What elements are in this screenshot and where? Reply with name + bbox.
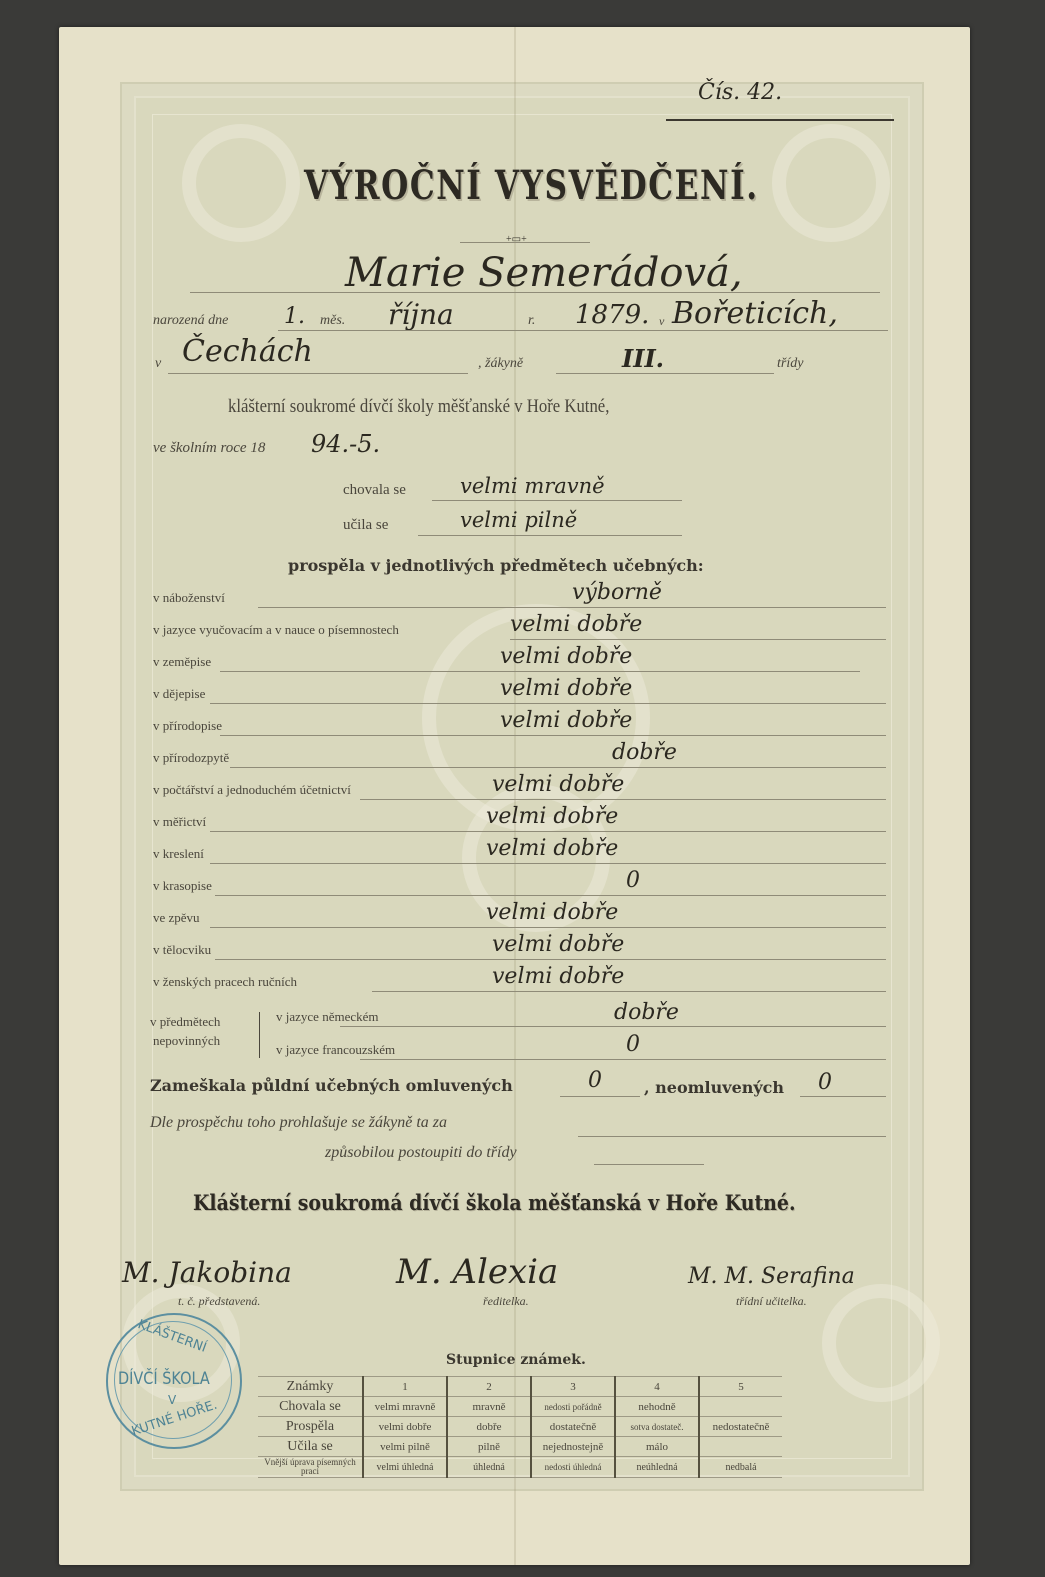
class-label: třídy	[777, 356, 803, 372]
subject-label: ve zpěvu	[153, 910, 200, 926]
subject-label: v kreslení	[153, 846, 204, 862]
subject-grade: velmi dobře	[492, 932, 624, 957]
table-cell: velmi dobře	[363, 1417, 447, 1437]
subject-grade: velmi dobře	[500, 676, 632, 701]
pupil-label: , žákyně	[478, 356, 523, 372]
name-line	[190, 292, 880, 293]
subject-label: v jazyce vyučovacím a v nauce o písemnos…	[153, 622, 399, 638]
page-title: VÝROČNÍ VYSVĚDČENÍ.	[304, 162, 759, 209]
diligence-line	[418, 535, 682, 536]
certificate-number: Čís. 42.	[698, 80, 782, 105]
signature: M. Alexia	[396, 1252, 558, 1292]
stamp-middle-text: DÍVČÍ ŠKOLA	[118, 1369, 210, 1389]
subject-line	[220, 671, 860, 672]
subject-grade: dobře	[612, 740, 677, 765]
stamp-v-text: V	[168, 1393, 176, 1407]
birth-day: 1.	[284, 304, 305, 329]
month-label: měs.	[320, 313, 345, 329]
table-cell: Učila se	[258, 1437, 363, 1457]
school-stamp: KLÁŠTERNÍ DÍVČÍ ŠKOLA V KUTNÉ HOŘE.	[106, 1313, 242, 1449]
signature: M. Jakobina	[122, 1256, 292, 1289]
table-header-cell: 3	[531, 1377, 615, 1397]
subject-line	[510, 639, 886, 640]
ornament-swirl	[182, 124, 300, 242]
optional-subject-grade: dobře	[614, 1000, 679, 1025]
subject-line	[215, 895, 886, 896]
subject-grade: velmi dobře	[492, 964, 624, 989]
table-header-cell: 2	[447, 1377, 531, 1397]
subject-grade: velmi dobře	[500, 644, 632, 669]
declaration-line-2: způsobilou postoupiti do třídy	[325, 1144, 517, 1162]
divider-ornament-icon: +▭+	[506, 234, 527, 245]
optional-line	[340, 1026, 886, 1027]
table-cell: nedosti pořádně	[531, 1397, 615, 1417]
table-cell: velmi mravně	[363, 1397, 447, 1417]
table-cell: Prospěla	[258, 1417, 363, 1437]
number-underline	[666, 119, 894, 121]
absences-excused: 0	[588, 1068, 602, 1093]
country-prefix: v	[155, 356, 161, 372]
place-prefix: v	[659, 314, 664, 329]
subject-line	[360, 799, 886, 800]
subject-line	[215, 959, 886, 960]
optional-subject-label: v jazyce francouzském	[276, 1042, 395, 1058]
subject-label: v počtářství a jednoduchém účetnictví	[153, 782, 351, 798]
subject-label: v přírodopise	[153, 718, 222, 734]
optional-group-label: nepovinných	[153, 1033, 220, 1049]
table-cell	[699, 1397, 782, 1417]
table-cell: dobře	[447, 1417, 531, 1437]
table-cell: nehodně	[615, 1397, 699, 1417]
table-row: Učila se velmi pilně pilně nejednostejně…	[258, 1437, 782, 1457]
subject-line	[220, 735, 886, 736]
subject-line	[210, 863, 886, 864]
absences-line	[800, 1096, 886, 1097]
subject-line	[258, 607, 886, 608]
unexcused-label: , neomluvených	[644, 1078, 784, 1097]
subject-label: v přírodozpytě	[153, 750, 229, 766]
table-row: Chovala se velmi mravně mravně nedosti p…	[258, 1397, 782, 1417]
optional-subject-label: v jazyce německém	[276, 1009, 379, 1025]
brace-divider	[259, 1012, 261, 1058]
table-cell	[699, 1437, 782, 1457]
subject-label: v ženských pracech ručních	[153, 974, 297, 990]
school-name-line: klášterní soukromé dívčí školy měšťanské…	[228, 396, 609, 418]
table-row: Vnější úprava písemných prací velmi úhle…	[258, 1457, 782, 1478]
country-value: Čechách	[182, 334, 313, 369]
table-header-cell: Známky	[258, 1377, 363, 1397]
school-signature-line: Klášterní soukromá dívčí škola měšťanská…	[193, 1190, 796, 1215]
school-year-value: 94.-5.	[311, 430, 380, 458]
student-name: Marie Semerádová,	[345, 250, 743, 296]
subjects-heading: prospěla v jednotlivých předmětech učebn…	[288, 556, 704, 575]
table-cell: nedosti úhledná	[531, 1457, 615, 1478]
subject-grade: 0	[626, 868, 640, 893]
school-year-label: ve školním roce 18	[153, 440, 265, 457]
subject-grade: velmi dobře	[492, 772, 624, 797]
table-cell: velmi pilně	[363, 1437, 447, 1457]
birth-place: Bořeticích,	[672, 296, 838, 331]
conduct-value: velmi mravně	[460, 474, 605, 498]
subject-line	[210, 703, 886, 704]
table-cell: neúhledná	[615, 1457, 699, 1478]
table-row: Známky 1 2 3 4 5	[258, 1377, 782, 1397]
table-cell: nedbalá	[699, 1457, 782, 1478]
diligence-value: velmi pilně	[460, 508, 577, 532]
subject-label: v náboženství	[153, 590, 225, 606]
table-cell: úhledná	[447, 1457, 531, 1478]
birth-month: října	[388, 298, 454, 331]
class-value: III.	[622, 344, 664, 373]
subject-label: v zeměpise	[153, 654, 211, 670]
subject-grade: velmi dobře	[486, 804, 618, 829]
absences-line	[560, 1096, 640, 1097]
table-cell: dostatečně	[531, 1417, 615, 1437]
grade-scale-title: Stupnice známek.	[446, 1352, 586, 1368]
signature-role: třídní učitelka.	[736, 1294, 807, 1309]
table-cell: pilně	[447, 1437, 531, 1457]
subject-line	[230, 767, 886, 768]
subject-line	[210, 831, 886, 832]
table-row: Prospěla velmi dobře dobře dostatečně so…	[258, 1417, 782, 1437]
signature-role: t. č. představená.	[178, 1294, 260, 1309]
table-cell: Vnější úprava písemných prací	[258, 1457, 363, 1478]
optional-group-label: v předmětech	[150, 1014, 220, 1030]
subject-grade: velmi dobře	[500, 708, 632, 733]
conduct-label: chovala se	[343, 482, 406, 499]
optional-line	[360, 1059, 886, 1060]
subject-label: v měřictví	[153, 814, 206, 830]
subject-label: v dějepise	[153, 686, 205, 702]
table-header-cell: 1	[363, 1377, 447, 1397]
grade-scale-table: Známky 1 2 3 4 5 Chovala se velmi mravně…	[258, 1376, 782, 1478]
subject-label: v tělocviku	[153, 942, 211, 958]
declaration-line	[578, 1136, 886, 1137]
subject-label: v krasopise	[153, 878, 212, 894]
table-header-cell: 4	[615, 1377, 699, 1397]
birth-label: narozená dne	[153, 313, 228, 329]
subject-line	[372, 991, 886, 992]
optional-subject-grade: 0	[626, 1032, 640, 1057]
table-cell: nejednostejně	[531, 1437, 615, 1457]
table-cell: Chovala se	[258, 1397, 363, 1417]
absences-unexcused: 0	[818, 1070, 832, 1095]
year-label: r.	[528, 313, 535, 329]
absences-label: Zameškala půldní učebných omluvených	[150, 1076, 513, 1095]
table-cell: sotva dostateč.	[615, 1417, 699, 1437]
subject-grade: velmi dobře	[510, 612, 642, 637]
subject-grade: velmi dobře	[486, 900, 618, 925]
table-cell: mravně	[447, 1397, 531, 1417]
ornament-swirl	[822, 1284, 940, 1402]
conduct-line	[432, 500, 682, 501]
subject-line	[210, 927, 886, 928]
class-line	[556, 373, 774, 374]
table-header-cell: 5	[699, 1377, 782, 1397]
signature: M. M. Serafina	[688, 1264, 855, 1289]
signature-role: ředitelka.	[483, 1294, 529, 1309]
table-cell: nedostatečně	[699, 1417, 782, 1437]
table-cell: velmi úhledná	[363, 1457, 447, 1478]
table-cell: málo	[615, 1437, 699, 1457]
diligence-label: učila se	[343, 517, 388, 534]
subject-grade: velmi dobře	[486, 836, 618, 861]
declaration-line-1: Dle prospěchu toho prohlašuje se žákyně …	[150, 1114, 447, 1132]
country-line	[168, 373, 468, 374]
ornament-swirl	[772, 124, 890, 242]
declaration-line	[594, 1164, 704, 1165]
subject-grade: výborně	[572, 580, 662, 605]
birth-line	[278, 330, 888, 331]
birth-year: 1879.	[575, 300, 649, 330]
